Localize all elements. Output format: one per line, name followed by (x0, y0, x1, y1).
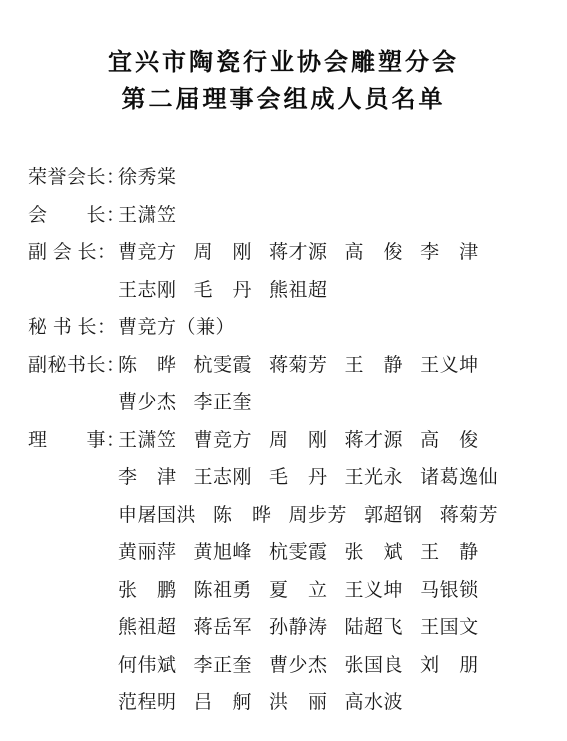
member-name: 毛 丹 (269, 459, 328, 497)
member-name: 吕 舸 (194, 684, 253, 722)
title-line-1: 宜兴市陶瓷行业协会雕塑分会 (0, 44, 567, 81)
name-line: 李 津王志刚毛 丹王光永诸葛逸仙 (118, 459, 567, 497)
roster-entry: 秘 书 长：曹竞方（兼） (28, 309, 567, 347)
member-name: 蒋菊芳 (440, 497, 499, 535)
title-line-2: 第二届理事会组成人员名单 (0, 81, 567, 118)
document-title: 宜兴市陶瓷行业协会雕塑分会 第二届理事会组成人员名单 (0, 0, 567, 118)
member-name: 陈祖勇 (194, 572, 253, 610)
member-name: 陈 晔 (118, 347, 177, 385)
member-name: 李 津 (420, 234, 479, 272)
names-column: 徐秀棠 (118, 159, 567, 197)
name-line: 陈 晔杭雯霞蒋菊芳王 静王义坤 (118, 347, 567, 385)
member-name: 王潇笠 (118, 422, 177, 460)
member-name: 陈 晔 (213, 497, 272, 535)
role-label: 荣誉会长： (28, 159, 118, 197)
member-name: 刘 朋 (420, 647, 479, 685)
member-name: 陆超飞 (345, 609, 404, 647)
member-name: 王义坤 (420, 347, 479, 385)
member-name: 张 鹏 (118, 572, 177, 610)
member-name: 徐秀棠 (118, 159, 177, 197)
roster-entry: 副 会 长：曹竞方周 刚蒋才源高 俊李 津王志刚毛 丹熊祖超 (28, 234, 567, 309)
role-label: 理 事： (28, 422, 118, 460)
member-name: 高 俊 (345, 234, 404, 272)
name-line: 申屠国洪陈 晔周步芳郭超钢蒋菊芳 (118, 497, 567, 535)
member-name: 范程明 (118, 684, 177, 722)
member-name: 熊祖超 (118, 609, 177, 647)
member-name: 李正奎 (194, 384, 253, 422)
names-column: 陈 晔杭雯霞蒋菊芳王 静王义坤曹少杰李正奎 (118, 347, 567, 422)
name-line: 王潇笠 (118, 197, 567, 235)
name-line: 范程明吕 舸洪 丽高水波 (118, 684, 567, 722)
names-column: 王潇笠曹竞方周 刚蒋才源高 俊李 津王志刚毛 丹王光永诸葛逸仙申屠国洪陈 晔周步… (118, 422, 567, 722)
member-name: 王国文 (420, 609, 479, 647)
document-page: 宜兴市陶瓷行业协会雕塑分会 第二届理事会组成人员名单 荣誉会长：徐秀棠会 长：王… (0, 0, 567, 741)
member-name: 王潇笠 (118, 197, 177, 235)
roster-entry: 理 事：王潇笠曹竞方周 刚蒋才源高 俊李 津王志刚毛 丹王光永诸葛逸仙申屠国洪陈… (28, 422, 567, 722)
member-name: 周 刚 (194, 234, 253, 272)
member-name: 夏 立 (269, 572, 328, 610)
member-name: 张国良 (345, 647, 404, 685)
name-line: 黄丽萍黄旭峰杭雯霞张 斌王 静 (118, 534, 567, 572)
member-name: 高水波 (345, 684, 404, 722)
role-label: 会 长： (28, 197, 118, 235)
name-line: 王潇笠曹竞方周 刚蒋才源高 俊 (118, 422, 567, 460)
member-name: 蒋才源 (345, 422, 404, 460)
member-name: 杭雯霞 (194, 347, 253, 385)
name-line: 王志刚毛 丹熊祖超 (118, 272, 567, 310)
role-label: 副秘书长： (28, 347, 118, 385)
member-name: 曹少杰 (118, 384, 177, 422)
member-name: 张 斌 (345, 534, 404, 572)
name-line: 张 鹏陈祖勇夏 立王义坤马银锁 (118, 572, 567, 610)
member-name: 孙静涛 (269, 609, 328, 647)
names-column: 曹竞方（兼） (118, 309, 567, 347)
roster-entry: 荣誉会长：徐秀棠 (28, 159, 567, 197)
member-name: 王光永 (345, 459, 404, 497)
role-label: 秘 书 长： (28, 309, 118, 347)
member-name: 黄丽萍 (118, 534, 177, 572)
name-line: 曹少杰李正奎 (118, 384, 567, 422)
member-name: 蒋才源 (269, 234, 328, 272)
role-label: 副 会 长： (28, 234, 118, 272)
member-name: 高 俊 (420, 422, 479, 460)
member-name: 曹少杰 (269, 647, 328, 685)
member-name: 黄旭峰 (194, 534, 253, 572)
member-name: 周 刚 (269, 422, 328, 460)
roster-entry: 副秘书长：陈 晔杭雯霞蒋菊芳王 静王义坤曹少杰李正奎 (28, 347, 567, 422)
member-name: 马银锁 (420, 572, 479, 610)
member-name: 申屠国洪 (118, 497, 196, 535)
name-line: 徐秀棠 (118, 159, 567, 197)
member-name: 洪 丽 (269, 684, 328, 722)
member-name: 何伟斌 (118, 647, 177, 685)
name-line: 曹竞方（兼） (118, 309, 567, 347)
member-name: 熊祖超 (269, 272, 328, 310)
member-name: 曹竞方 (194, 422, 253, 460)
roster-list: 荣誉会长：徐秀棠会 长：王潇笠副 会 长：曹竞方周 刚蒋才源高 俊李 津王志刚毛… (0, 159, 567, 722)
roster-entry: 会 长：王潇笠 (28, 197, 567, 235)
member-name: 王义坤 (345, 572, 404, 610)
names-column: 王潇笠 (118, 197, 567, 235)
name-line: 熊祖超蒋岳军孙静涛陆超飞王国文 (118, 609, 567, 647)
member-name: 曹竞方 (118, 234, 177, 272)
member-name: 杭雯霞 (269, 534, 328, 572)
member-name: 王 静 (345, 347, 404, 385)
member-name: 王志刚 (118, 272, 177, 310)
member-name: 郭超钢 (364, 497, 423, 535)
member-name: 王志刚 (194, 459, 253, 497)
member-name: 蒋岳军 (194, 609, 253, 647)
member-name: 李正奎 (194, 647, 253, 685)
member-name: 周步芳 (289, 497, 348, 535)
name-line: 曹竞方周 刚蒋才源高 俊李 津 (118, 234, 567, 272)
member-name: 毛 丹 (194, 272, 253, 310)
member-name: 诸葛逸仙 (420, 459, 498, 497)
names-column: 曹竞方周 刚蒋才源高 俊李 津王志刚毛 丹熊祖超 (118, 234, 567, 309)
member-name: 曹竞方（兼） (118, 309, 235, 347)
member-name: 李 津 (118, 459, 177, 497)
name-line: 何伟斌李正奎曹少杰张国良刘 朋 (118, 647, 567, 685)
member-name: 王 静 (420, 534, 479, 572)
member-name: 蒋菊芳 (269, 347, 328, 385)
